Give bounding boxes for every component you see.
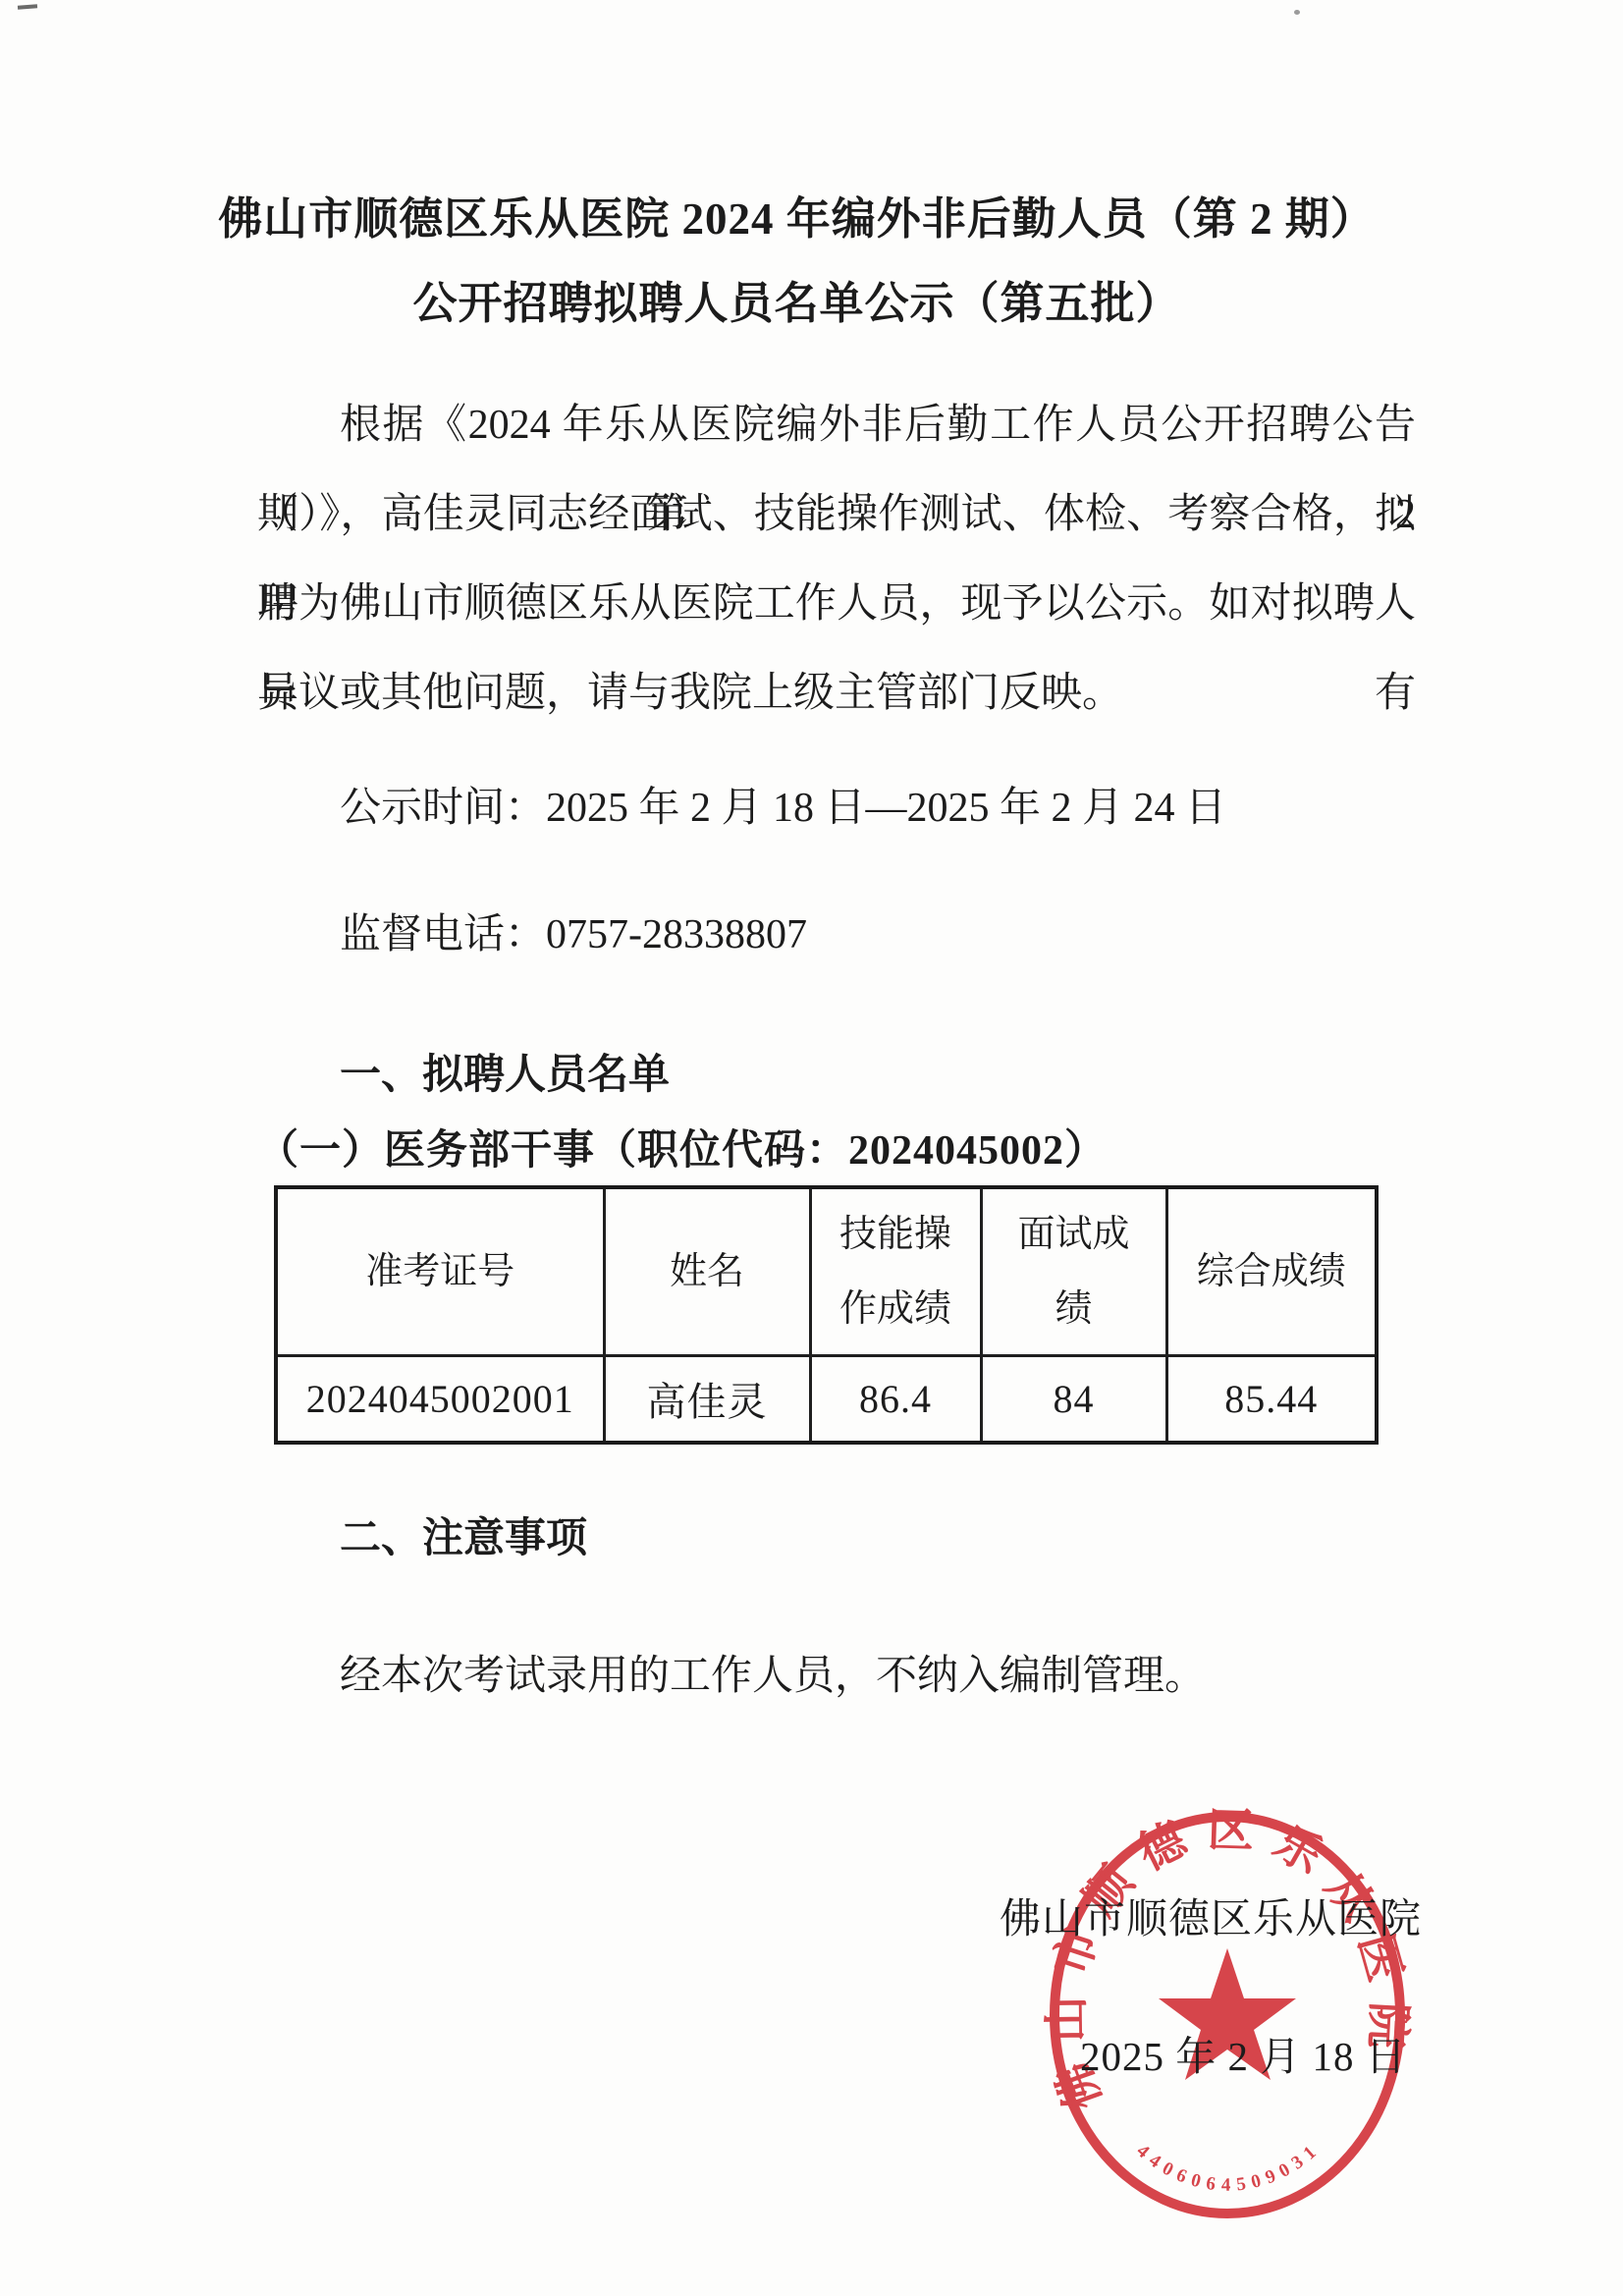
stamp-serial-number: 4406064509031 bbox=[1132, 2140, 1323, 2196]
section1-subheading: （一）医务部干事（职位代码：2024045002） bbox=[257, 1109, 1416, 1193]
section1-heading: 一、拟聘人员名单 bbox=[257, 1033, 1416, 1118]
svg-text:4406064509031: 4406064509031 bbox=[1132, 2140, 1323, 2196]
candidate-score-table: 准考证号 姓名 技能操作成绩 面试成绩 综合成绩 2024045002001 高… bbox=[274, 1185, 1379, 1445]
publicity-period-text: 公示时间：2025 年 2 月 18 日—2025 年 2 月 24 日 bbox=[257, 766, 1416, 850]
signature-org-name: 佛山市顺德区乐从医院 bbox=[1000, 1886, 1422, 1945]
scan-artifact-top-right bbox=[1294, 10, 1300, 15]
supervision-phone-text: 监督电话：0757-28338807 bbox=[257, 893, 1416, 977]
title-line-1: 佛山市顺德区乐从医院 2024 年编外非后勤人员（第 2 期） bbox=[0, 177, 1594, 261]
table-header-row: 准考证号 姓名 技能操作成绩 面试成绩 综合成绩 bbox=[276, 1187, 1377, 1355]
document-page: 佛山市顺德区乐从医院 2024 年编外非后勤人员（第 2 期） 公开招聘拟聘人员… bbox=[0, 0, 1623, 2296]
paragraph-line-1: 根据《2024 年乐从医院编外非后勤工作人员公开招聘公告（第 2 bbox=[257, 381, 1416, 470]
col-header-skill-score: 技能操作成绩 bbox=[810, 1187, 981, 1355]
document-title: 佛山市顺德区乐从医院 2024 年编外非后勤人员（第 2 期） 公开招聘拟聘人员… bbox=[0, 177, 1594, 346]
cell-overall-score: 85.44 bbox=[1166, 1355, 1377, 1443]
cell-exam-number: 2024045002001 bbox=[276, 1355, 604, 1443]
scan-artifact-top-left bbox=[18, 4, 37, 9]
section2-note-text: 经本次考试录用的工作人员，不纳入编制管理。 bbox=[257, 1634, 1416, 1719]
col-header-overall-score: 综合成绩 bbox=[1166, 1187, 1377, 1355]
cell-name: 高佳灵 bbox=[604, 1355, 810, 1443]
cell-interview-score: 84 bbox=[981, 1355, 1166, 1443]
title-line-2: 公开招聘拟聘人员名单公示（第五批） bbox=[0, 261, 1594, 346]
col-header-name: 姓名 bbox=[604, 1187, 810, 1355]
official-seal-stamp: 佛山市顺德区乐从医院 4406064509031 bbox=[1041, 1803, 1414, 2227]
col-header-exam-number: 准考证号 bbox=[276, 1187, 604, 1355]
col-header-interview-score: 面试成绩 bbox=[981, 1187, 1166, 1355]
signature-date: 2025 年 2 月 18 日 bbox=[1080, 2024, 1407, 2082]
table-row: 2024045002001 高佳灵 86.4 84 85.44 bbox=[276, 1355, 1377, 1443]
paragraph-line-2: 期）》，高佳灵同志经面试、技能操作测试、体检、考察合格，拟聘 bbox=[257, 470, 1416, 560]
cell-skill-score: 86.4 bbox=[810, 1355, 981, 1443]
paragraph-line-3: 用为佛山市顺德区乐从医院工作人员，现予以公示。如对拟聘人员有 bbox=[257, 560, 1416, 649]
section2-heading: 二、注意事项 bbox=[257, 1497, 1416, 1581]
intro-paragraph: 根据《2024 年乐从医院编外非后勤工作人员公开招聘公告（第 2 期）》，高佳灵… bbox=[257, 381, 1416, 738]
